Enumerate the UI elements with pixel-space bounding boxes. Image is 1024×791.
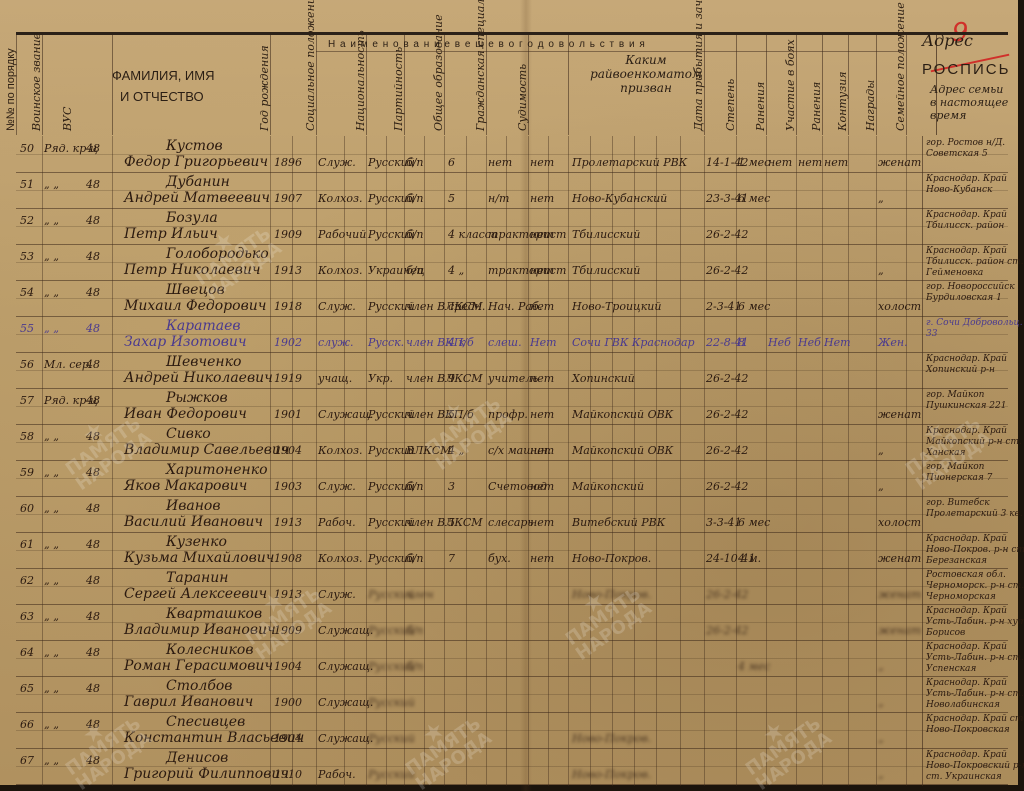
birth-year: 1909	[274, 624, 302, 637]
social-status: учащ.	[318, 372, 352, 385]
table-header: №№ по порядку Воинское звание ВУС ФАМИЛИ…	[16, 35, 1008, 135]
header-supply-spread: Н а и м е н о в а н и е в е щ е в о г о …	[328, 39, 646, 50]
civil-specialty: тракторист	[488, 228, 566, 241]
party: член	[406, 588, 434, 601]
birth-year: 1896	[274, 156, 302, 169]
convicted: нет	[530, 372, 554, 385]
family-address: гор. Новороссийск Бурдиловская 1	[926, 282, 1024, 304]
header-col-education: Общее образование	[432, 14, 445, 131]
social-status: Служ.	[318, 300, 356, 313]
social-status: Рабоч.	[318, 516, 356, 529]
header-col-social: Социальное положение	[304, 0, 317, 131]
draft-office: Тбилисский	[572, 228, 640, 241]
family-address: Краснодар. Край Ново-Кубанск	[926, 174, 1024, 196]
arrival-date: 26-2-42	[706, 444, 748, 457]
education: 7	[448, 552, 455, 565]
family-status: женат	[878, 624, 921, 637]
row-divider	[16, 316, 1008, 317]
convicted: Нет	[530, 336, 557, 349]
header-col-party: Партийность	[392, 47, 405, 131]
convicted: нет	[530, 552, 554, 565]
header-col-birth: Год рождения	[258, 45, 271, 131]
education: 4 к	[448, 336, 465, 349]
social-status: Служ.	[318, 480, 356, 493]
given-names: Захар Изотович	[124, 334, 247, 350]
education: 9	[448, 372, 455, 385]
social-status: Служ.	[318, 588, 356, 601]
party: б/п	[406, 228, 424, 241]
row-subdivider	[16, 154, 1008, 155]
social-status: Служащ.	[318, 732, 373, 745]
civil-specialty: слесарь	[488, 516, 533, 529]
social-status: Служ.	[318, 156, 356, 169]
birth-year: 1901	[274, 408, 302, 421]
education: 5	[448, 192, 455, 205]
civil-specialty: нет	[488, 156, 512, 169]
family-status: „	[878, 696, 884, 709]
service-length: 8	[738, 336, 745, 349]
social-status: Колхоз.	[318, 192, 362, 205]
draft-office: Ново-Покров.	[572, 732, 651, 745]
family-status: „	[878, 444, 884, 457]
arrival-date: 26-2-42	[706, 588, 748, 601]
family-address: Краснодар. Край Хопинский р-н	[926, 354, 1024, 376]
nationality: Русский	[368, 696, 415, 709]
civil-specialty: бух.	[488, 552, 511, 565]
contusion: Нет	[824, 336, 851, 349]
convicted: нет	[530, 228, 554, 241]
draft-office: Сочи ГВК Краснодар	[572, 336, 695, 349]
birth-year: 1913	[274, 588, 302, 601]
row-divider	[16, 460, 1008, 461]
row-subdivider	[16, 298, 1008, 299]
birth-year: 1902	[274, 336, 302, 349]
surname: Шевченко	[166, 354, 241, 370]
nationality: Русский	[368, 732, 415, 745]
nationality: Русск.	[368, 336, 404, 349]
header-col-name-line2: И ОТЧЕСТВО	[120, 89, 280, 104]
party: б/п	[406, 192, 424, 205]
header-col-no: №№ по порядку	[5, 48, 17, 131]
given-names: Иван Федорович	[124, 406, 247, 422]
row-divider	[16, 208, 1008, 209]
family-address: Краснодар. Край ст. Ново-Покровская	[926, 714, 1024, 736]
row-divider	[16, 280, 1008, 281]
given-names: Петр Николаевич	[124, 262, 261, 278]
given-names: Василий Иванович	[124, 514, 263, 530]
draft-office: Ново-Покров.	[572, 588, 651, 601]
family-status: „	[878, 264, 884, 277]
row-subdivider	[16, 694, 1008, 695]
row-subdivider	[16, 226, 1008, 227]
birth-year: 1919	[274, 372, 302, 385]
family-status: холост	[878, 516, 921, 529]
arrival-date: 3-3-41	[706, 516, 741, 529]
service-length: 6 мес	[738, 192, 770, 205]
birth-year: 1910	[274, 768, 302, 781]
row-divider	[16, 748, 1008, 749]
birth-year: 1909	[274, 228, 302, 241]
archival-document-sheet: 9 №№ по порядку Воинское звание ВУС ФАМИ…	[0, 0, 1024, 791]
civil-specialty: н/т	[488, 192, 509, 205]
education: 6	[448, 156, 455, 169]
birth-year: 1904	[274, 732, 302, 745]
birth-year: 1913	[274, 264, 302, 277]
social-status: Колхоз.	[318, 552, 362, 565]
social-status: Служащ.	[318, 696, 373, 709]
arrival-date: 2-3-41	[706, 300, 741, 313]
surname: Таранин	[166, 570, 228, 586]
birth-year: 1913	[274, 516, 302, 529]
education: 4 „	[448, 444, 464, 457]
party: член ВЛКСМ	[406, 516, 483, 529]
row-subdivider	[16, 730, 1008, 731]
header-col-civil: Гражданская специальность	[474, 0, 487, 131]
given-names: Кузьма Михайлович	[124, 550, 274, 566]
header-col-rank: Воинское звание	[30, 33, 43, 131]
row-divider	[16, 712, 1008, 713]
family-status: женат	[878, 156, 921, 169]
header-roster-label: РОСПИСЬ	[922, 61, 1010, 78]
draft-office: Майкопский ОВК	[572, 408, 673, 421]
social-status: Служащ.	[318, 408, 373, 421]
injury: нет	[768, 156, 792, 169]
party: член ВКП/б	[406, 408, 474, 421]
arrival-date: 26-2-42	[706, 480, 748, 493]
arrival-date: 26-2-42	[706, 228, 748, 241]
row-subdivider	[16, 766, 1008, 767]
service-length: 6 мес	[738, 300, 770, 313]
convicted: нет	[530, 300, 554, 313]
header-col-injury: Ранения	[754, 82, 767, 131]
surname: Спесивцев	[166, 714, 245, 730]
injury: Неб	[768, 336, 791, 349]
given-names: Владимир Савельевич	[124, 442, 290, 458]
surname: Кварташков	[166, 606, 262, 622]
given-names: Федор Григорьевич	[124, 154, 268, 170]
header-sub-rule	[316, 51, 906, 52]
convicted: нет	[530, 444, 554, 457]
surname: Швецов	[166, 282, 225, 298]
draft-office: Хопинский	[572, 372, 635, 385]
family-status: „	[878, 660, 884, 673]
row-subdivider	[16, 586, 1008, 587]
family-status: „	[878, 768, 884, 781]
header-col-wounds: Ранения	[810, 82, 823, 131]
arrival-date: 26-2-42	[706, 372, 748, 385]
row-divider	[16, 532, 1008, 533]
party: член ВЛКСМ	[406, 372, 483, 385]
wounds: Неб	[798, 336, 821, 349]
party: б/п	[406, 624, 424, 637]
surname: Столбов	[166, 678, 232, 694]
draft-office: Пролетарский РВК	[572, 156, 687, 169]
social-status: Колхоз.	[318, 264, 362, 277]
civil-specialty: профр.	[488, 408, 528, 421]
draft-office: Ново-Покров.	[572, 768, 651, 781]
given-names: Сергей Алексеевич	[124, 586, 267, 602]
party: б/п	[406, 660, 424, 673]
surname: Харитоненко	[166, 462, 268, 478]
row-subdivider	[16, 478, 1008, 479]
birth-year: 1907	[274, 192, 302, 205]
family-status: „	[878, 732, 884, 745]
surname: Иванов	[166, 498, 221, 514]
header-col-name-line1: ФАМИЛИЯ, ИМЯ	[112, 68, 272, 83]
row-divider	[16, 604, 1008, 605]
family-address: гор. Майкоп Пионерская 7	[926, 462, 1024, 484]
draft-office: Ново-Кубанский	[572, 192, 667, 205]
surname: Кузенко	[166, 534, 227, 550]
given-names: Роман Герасимович	[124, 658, 273, 674]
arrival-date: 26-2-42	[706, 624, 748, 637]
nationality: Укр.	[368, 372, 393, 385]
row-subdivider	[16, 406, 1008, 407]
surname: Рыжков	[166, 390, 228, 406]
family-address: Краснодар. Край Тбилисск. район	[926, 210, 1024, 232]
header-col-vus: ВУС	[61, 107, 74, 131]
family-status: женат	[878, 408, 921, 421]
wounds: нет	[798, 156, 822, 169]
birth-year: 1908	[274, 552, 302, 565]
convicted: нет	[530, 192, 554, 205]
nationality: Русский	[368, 768, 415, 781]
header-col-family: Семейное положение	[894, 2, 907, 131]
family-status: „	[878, 480, 884, 493]
civil-specialty: слеш.	[488, 336, 522, 349]
arrival-date: 26-2-42	[706, 408, 748, 421]
convicted: нет	[530, 264, 554, 277]
party: б/п	[406, 552, 424, 565]
header-col-arrival-date: Дата прибытия и зачисления в часть	[692, 0, 705, 131]
given-names: Григорий Филиппович	[124, 766, 289, 782]
surname: Денисов	[166, 750, 228, 766]
service-length: 6 мес	[738, 516, 770, 529]
family-address: гор. Витебск Пролетарский 3 кв. 6	[926, 498, 1024, 520]
birth-year: 1918	[274, 300, 302, 313]
convicted: нет	[530, 516, 554, 529]
social-status: Колхоз.	[318, 444, 362, 457]
civil-specialty: тракторист	[488, 264, 566, 277]
convicted: нет	[530, 156, 554, 169]
surname: Сивко	[166, 426, 211, 442]
family-address: гор. Майкоп Пушкинская 221	[926, 390, 1024, 412]
row-divider	[16, 244, 1008, 245]
row-divider	[16, 352, 1008, 353]
given-names: Гаврил Иванович	[124, 694, 253, 710]
header-col-awards: Награды	[864, 80, 877, 131]
header-col-convicted: Судимость	[516, 64, 529, 131]
service-length: 4 мес	[738, 660, 770, 673]
family-status: женат	[878, 552, 921, 565]
row-divider	[16, 676, 1008, 677]
draft-office: Тбилисский	[572, 264, 640, 277]
personnel-table: 50Ряд. кр-ц48КустовФедор Григорьевич1896…	[16, 136, 1008, 786]
draft-office: Ново-Троицкий	[572, 300, 661, 313]
education: 5	[448, 408, 455, 421]
family-status: „	[878, 192, 884, 205]
given-names: Михаил Федорович	[124, 298, 266, 314]
row-subdivider	[16, 262, 1008, 263]
header-col-contusion: Контузия	[836, 71, 849, 131]
arrival-date: 26-2-42	[706, 264, 748, 277]
family-address: г. Сочи Добровольц. 33	[926, 318, 1024, 340]
header-col-degree: Степень	[724, 79, 737, 131]
row-subdivider	[16, 622, 1008, 623]
surname: Бозула	[166, 210, 218, 226]
education: 4 „	[448, 264, 464, 277]
family-address: гор. Ростов н/Д. Советская 5	[926, 138, 1024, 160]
surname: Каратаев	[166, 318, 241, 334]
social-status: служ.	[318, 336, 354, 349]
draft-office: Майкопский ОВК	[572, 444, 673, 457]
party: б/п	[406, 156, 424, 169]
convicted: нет	[530, 408, 554, 421]
draft-office: Майкопский	[572, 480, 644, 493]
service-length: 1 мес	[738, 156, 770, 169]
family-status: Жен.	[878, 336, 908, 349]
row-subdivider	[16, 658, 1008, 659]
draft-office: Витебский РВК	[572, 516, 665, 529]
party: ВЛКСМ	[406, 444, 451, 457]
row-divider	[16, 568, 1008, 569]
party: б/п	[406, 264, 424, 277]
birth-year: 1904	[274, 444, 302, 457]
birth-year: 1903	[274, 480, 302, 493]
row-subdivider	[16, 334, 1008, 335]
row-divider	[16, 388, 1008, 389]
convicted: нет	[530, 480, 554, 493]
row-divider	[16, 640, 1008, 641]
family-status: женат	[878, 588, 921, 601]
social-status: Служащ.	[318, 624, 373, 637]
given-names: Яков Макарович	[124, 478, 247, 494]
given-names: Андрей Николаевич	[124, 370, 273, 386]
row-divider	[16, 424, 1008, 425]
row-divider	[16, 172, 1008, 173]
family-status: холост	[878, 300, 921, 313]
social-status: Рабоч.	[318, 768, 356, 781]
header-col-participation: Участие в боях	[784, 39, 797, 131]
draft-office: Ново-Покров.	[572, 552, 651, 565]
surname: Дубанин	[166, 174, 230, 190]
service-length: 4 м.	[738, 552, 761, 565]
given-names: Андрей Матвеевич	[124, 190, 270, 206]
surname: Колесников	[166, 642, 253, 658]
contusion: нет	[824, 156, 848, 169]
education: средн.	[448, 300, 485, 313]
row-subdivider	[16, 514, 1008, 515]
surname: Голобородько	[166, 246, 269, 262]
social-status: Служащ.	[318, 660, 373, 673]
birth-year: 1900	[274, 696, 302, 709]
row-divider	[16, 496, 1008, 497]
birth-year: 1904	[274, 660, 302, 673]
row-subdivider	[16, 550, 1008, 551]
education: 3	[448, 480, 455, 493]
header-col-address: Адрес семьи в настоящее время	[930, 83, 1010, 122]
surname: Кустов	[166, 138, 223, 154]
header-address-overwrite: Адрес	[922, 31, 973, 50]
row-subdivider	[16, 370, 1008, 371]
party: б/п	[406, 480, 424, 493]
row-subdivider	[16, 442, 1008, 443]
given-names: Петр Ильич	[124, 226, 218, 242]
social-status: Рабочий	[318, 228, 366, 241]
row-divider	[16, 784, 1008, 785]
row-subdivider	[16, 190, 1008, 191]
education: 5	[448, 516, 455, 529]
given-names: Владимир Иванович	[124, 622, 276, 638]
